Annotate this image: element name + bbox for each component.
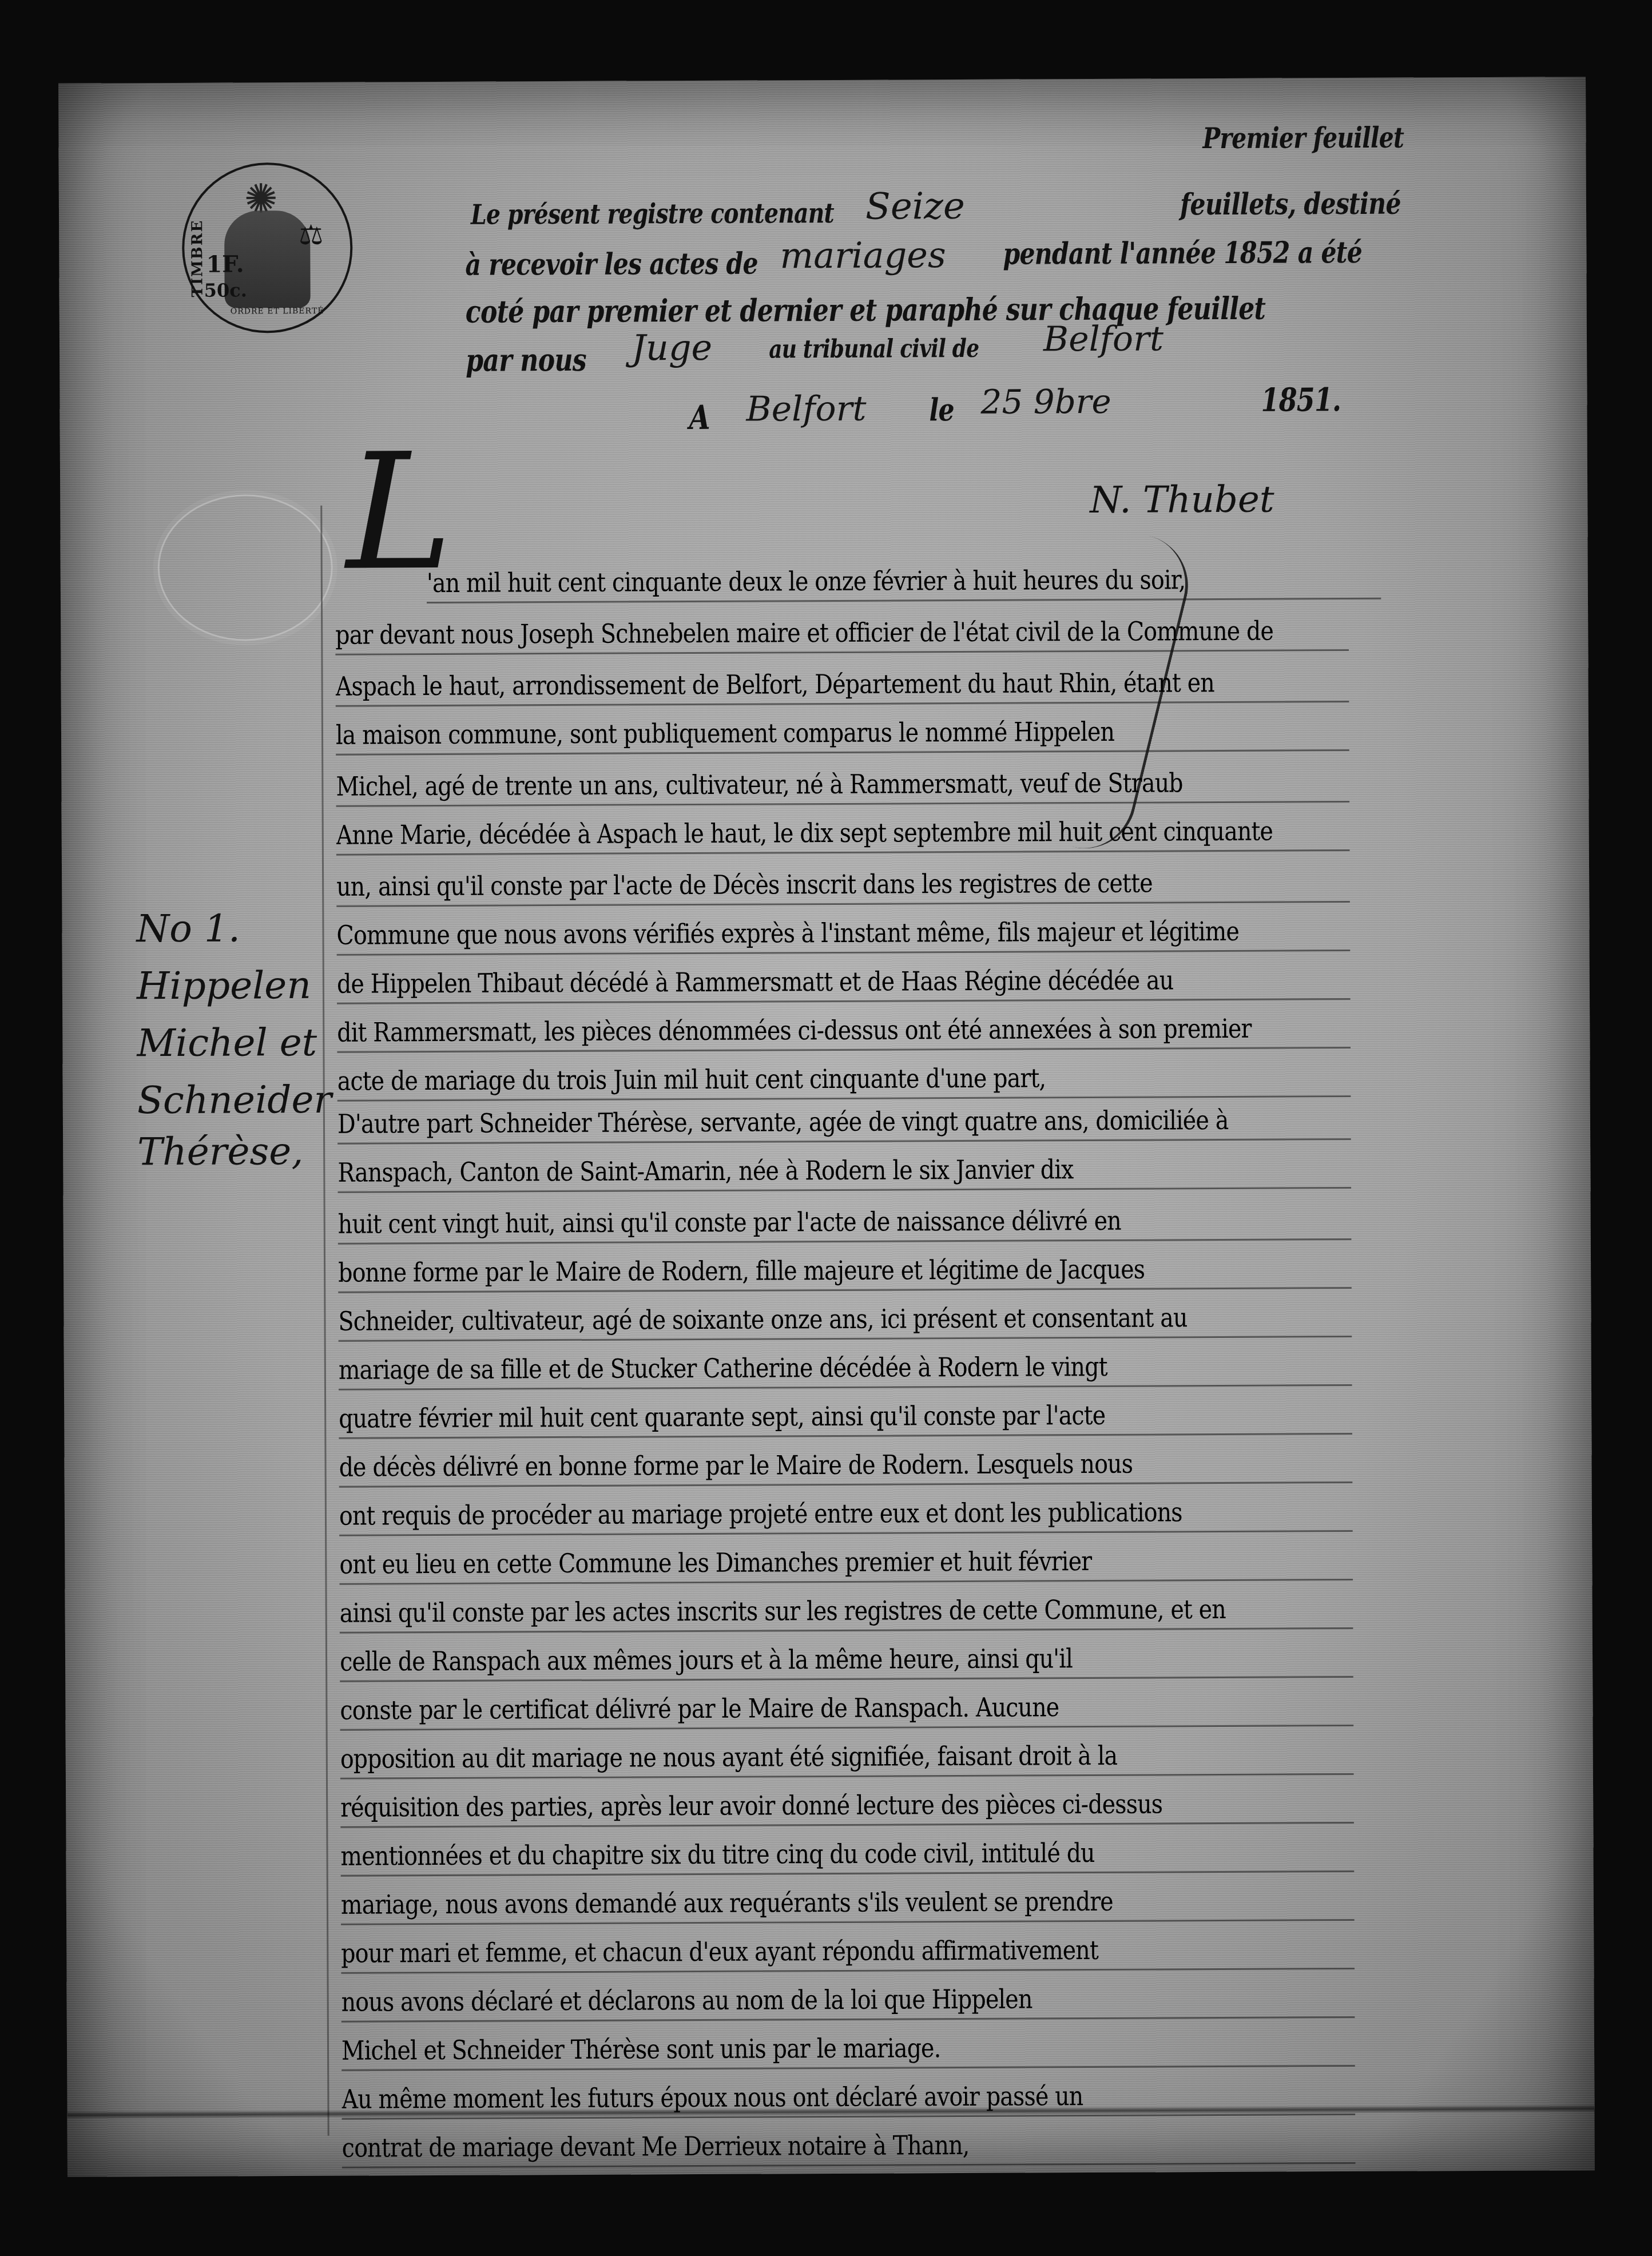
scales-icon: ⚖: [299, 219, 323, 251]
body-line: Commune que nous avons vérifiés exprès à…: [336, 913, 1350, 956]
header-court-town: Belfort: [1043, 319, 1163, 359]
body-line: quatre février mil huit cent quarante se…: [339, 1396, 1352, 1439]
stamp-value-centimes: 50c.: [204, 279, 247, 301]
judge-signature: N. Thubet: [1090, 479, 1274, 522]
body-line: mentionnées et du chapitre six du titre …: [340, 1834, 1354, 1877]
body-line: opposition au dit mariage ne nous ayant …: [340, 1737, 1354, 1780]
body-line: celle de Ranspach aux mêmes jours et à l…: [340, 1639, 1353, 1682]
header-line4-printed: par nous: [466, 341, 586, 379]
body-line: conste par le certificat délivré par le …: [340, 1688, 1353, 1731]
body-line: Michel et Schneider Thérèse sont unis pa…: [341, 2028, 1355, 2071]
margin-bride-given: Thérèse,: [137, 1129, 303, 1174]
body-line: de décès délivré en bonne forme par le M…: [339, 1445, 1352, 1488]
header-line5-a: A: [689, 398, 709, 437]
header-line1-printed: Le présent registre contenant: [471, 197, 834, 231]
body-line: mariage de sa fille et de Stucker Cather…: [339, 1348, 1352, 1391]
body-line: Aspach le haut, arrondissement de Belfor…: [335, 664, 1349, 707]
header-official-title: Juge: [632, 327, 712, 369]
body-line: nous avons déclaré et déclarons au nom d…: [341, 1980, 1355, 2023]
stamp-value-francs: 1F.: [206, 251, 244, 277]
margin-bride-surname: Schneider: [137, 1078, 332, 1122]
register-page: ✺ TIMBRE 1F. 50c. ⚖ ORDRE ET LIBERTÉ Pre…: [58, 77, 1595, 2177]
body-line: contrat de mariage devant Me Derrieux no…: [342, 2126, 1356, 2168]
body-line: ainsi qu'il conste par les actes inscrit…: [340, 1591, 1353, 1634]
header-line4-mid: au tribunal civil de: [769, 334, 979, 364]
header-signing-place: Belfort: [746, 389, 866, 430]
header-signing-date: 25 9bre: [980, 382, 1111, 422]
body-line: huit cent vingt huit, ainsi qu'il conste…: [338, 1202, 1352, 1245]
margin-groom-given: Michel et: [137, 1020, 317, 1065]
embossed-seal-icon: [157, 494, 333, 641]
body-line: réquisition des parties, après leur avoi…: [340, 1785, 1354, 1828]
body-line: 'an mil huit cent cinquante deux le onze…: [427, 561, 1381, 603]
body-line: ont requis de procéder au mariage projet…: [339, 1494, 1353, 1536]
body-line: mariage, nous avons demandé aux requéran…: [341, 1882, 1355, 1925]
body-line: la maison commune, sont publiquement com…: [336, 713, 1349, 756]
header-line2-printed: à recevoir les actes de: [465, 247, 758, 283]
tax-stamp: ✺ TIMBRE 1F. 50c. ⚖ ORDRE ET LIBERTÉ: [182, 162, 353, 333]
body-line: Anne Marie, décédée à Aspach le haut, le…: [336, 813, 1350, 856]
body-line: de Hippelen Thibaut décédé à Rammersmatt…: [337, 962, 1351, 1004]
body-line: bonne forme par le Maire de Rodern, fill…: [338, 1250, 1352, 1293]
header-line1-end: feuillets, destiné: [1180, 186, 1401, 223]
body-line: pour mari et femme, et chacun d'eux ayan…: [341, 1931, 1355, 1974]
body-line: dit Rammersmatt, les pièces dénommées ci…: [337, 1010, 1351, 1053]
header-line5-le: le: [929, 391, 954, 428]
corner-label: Premier feuillet: [1202, 121, 1404, 156]
margin-rule: [320, 506, 329, 2136]
body-line: Schneider, cultivateur, agé de soixante …: [338, 1299, 1352, 1342]
body-line: Ranspach, Canton de Saint-Amarin, née à …: [337, 1150, 1351, 1193]
header-signing-year: 1851.: [1261, 381, 1341, 419]
body-line: acte de mariage du trois Juin mil huit c…: [337, 1059, 1351, 1102]
margin-groom-surname: Hippelen: [137, 963, 311, 1008]
header-act-type: mariages: [780, 234, 946, 276]
margin-entry-number: No 1.: [136, 906, 240, 951]
body-line: par devant nous Joseph Schnebelen maire …: [335, 613, 1349, 656]
body-line: ont eu lieu en cette Commune les Dimanch…: [339, 1542, 1353, 1585]
header-leaf-count: Seize: [865, 185, 965, 228]
body-line: Michel, agé de trente un ans, cultivateu…: [336, 764, 1349, 807]
stamp-motto: ORDRE ET LIBERTÉ: [231, 307, 324, 316]
body-line: D'autre part Schneider Thérèse, servante…: [337, 1102, 1351, 1145]
body-line: un, ainsi qu'il conste par l'acte de Déc…: [336, 864, 1350, 907]
header-line2-end: pendant l'année 1852 a été: [1003, 235, 1362, 272]
